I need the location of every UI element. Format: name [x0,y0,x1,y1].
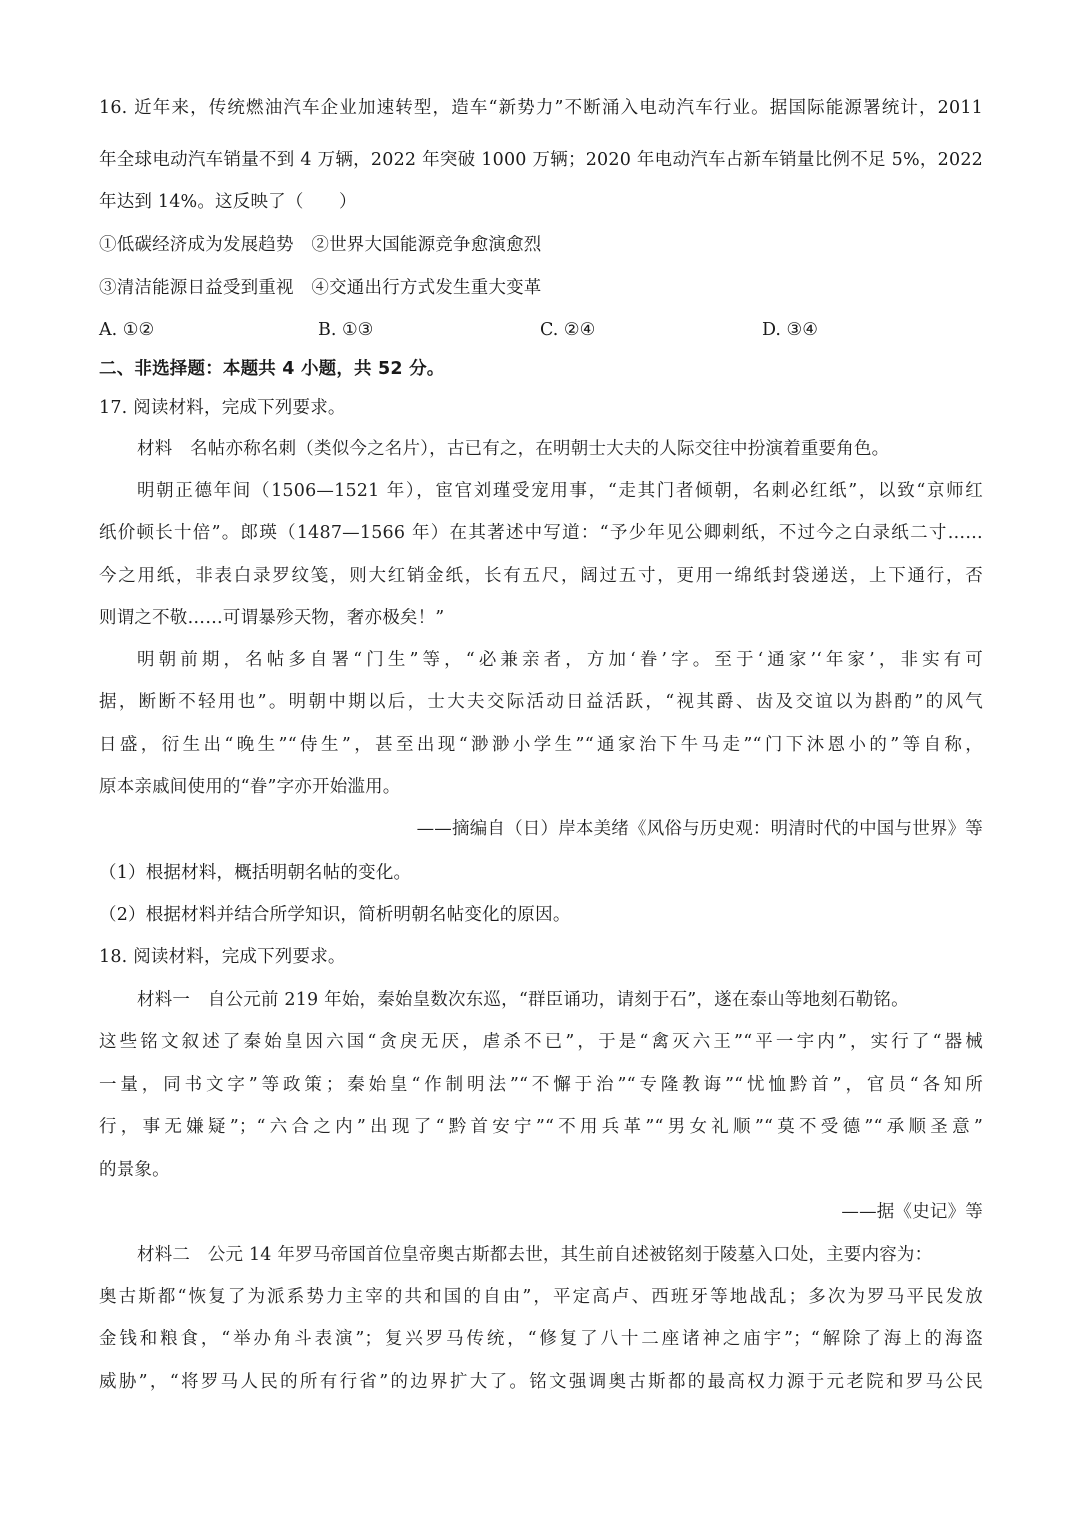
q18-material2-line-2: 奥古斯都“恢复了为派系势力主宰的共和国的自由”，平定高卢、西班牙等地战乱；多次为… [99,1285,983,1309]
q16-stem-line-2: 年全球电动汽车销量不到 4 万辆，2022 年突破 1000 万辆；2020 年… [99,148,983,172]
q17-material-line-7: 据，断断不轻用也”。明朝中期以后，士大夫交际活动日益活跃，“视其爵、齿及交谊以为… [99,690,983,714]
q17-material-line-6: 明朝前期，名帖多自署“门生”等，“必兼亲者，方加‘眷’字。至于‘通家’‘年家’，… [137,648,983,672]
q16-statements-1: ①低碳经济成为发展趋势 ②世界大国能源竞争愈演愈烈 [99,233,983,257]
q18-material1-line-2: 这些铭文叙述了秦始皇因六国“贪戾无厌，虐杀不已”，于是“禽灭六王”“平一宇内”，… [99,1030,983,1054]
q18-material1-line-1: 材料一 自公元前 219 年始，秦始皇数次东巡，“群臣诵功，请刻于石”，遂在泰山… [137,988,983,1012]
q18-material1-line-4: 行，事无嫌疑”；“六合之内”出现了“黔首安宁”“不用兵革”“男女礼顺”“莫不受德… [99,1115,983,1139]
q17-question-1: （1）根据材料，概括明朝名帖的变化。 [99,861,983,885]
q17-material-line-9: 原本亲戚间使用的“眷”字亦开始滥用。 [99,775,983,799]
q18-stem: 18. 阅读材料，完成下列要求。 [99,945,983,969]
q18-material1-line-3: 一量，同书文字”等政策；秦始皇“作制明法”“不懈于治”“专隆教诲”“忧恤黔首”，… [99,1073,983,1097]
q17-material-line-2: 明朝正德年间（1506—1521 年），宦官刘瑾受宠用事，“走其门者倾朝，名刺必… [137,479,983,503]
q16-stem-line-1: 16. 近年来，传统燃油汽车企业加速转型，造车“新势力”不断涌入电动汽车行业。据… [99,96,983,120]
q16-option-c: C. ②④ [540,318,595,342]
q17-material-line-5: 则谓之不敬……可谓暴殄天物，奢亦极矣！” [99,606,983,630]
q16-option-b: B. ①③ [318,318,373,342]
section-heading: 二、非选择题：本题共 4 小题，共 52 分。 [99,357,983,381]
q16-statements-2: ③清洁能源日益受到重视 ④交通出行方式发生重大变革 [99,276,983,300]
q17-material-line-1: 材料 名帖亦称名刺（类似今之名片），古已有之，在明朝士大夫的人际交往中扮演着重要… [137,437,983,461]
q18-material1-line-5: 的景象。 [99,1158,983,1182]
q17-material-line-3: 纸价顿长十倍”。郎瑛（1487—1566 年）在其著述中写道：“予少年见公卿刺纸… [99,521,983,545]
q17-question-2: （2）根据材料并结合所学知识，简析明朝名帖变化的原因。 [99,903,983,927]
q17-material-line-4: 今之用纸，非表白录罗纹笺，则大红销金纸，长有五尺，阔过五寸，更用一绵纸封袋递送，… [99,564,983,588]
q18-material2-line-1: 材料二 公元 14 年罗马帝国首位皇帝奥古斯都去世，其生前自述被铭刻于陵墓入口处… [137,1243,983,1267]
q17-material-line-8: 日盛，衍生出“晚生”“侍生”，甚至出现“渺渺小学生”“通家治下牛马走”“门下沐恩… [99,733,983,757]
q18-source1: ——据《史记》等 [99,1200,983,1224]
q16-option-a: A. ①② [99,318,154,342]
q17-source: ——摘编自（日）岸本美绪《风俗与历史观：明清时代的中国与世界》等 [99,817,983,841]
q17-stem: 17. 阅读材料，完成下列要求。 [99,396,983,420]
q16-option-d: D. ③④ [762,318,818,342]
exam-page: 16. 近年来，传统燃油汽车企业加速转型，造车“新势力”不断涌入电动汽车行业。据… [0,0,1080,1527]
q18-material2-line-3: 金钱和粮食，“举办角斗表演”；复兴罗马传统，“修复了八十二座诸神之庙宇”；“解除… [99,1327,983,1351]
q18-material2-line-4: 威胁”，“将罗马人民的所有行省”的边界扩大了。铭文强调奥古斯都的最高权力源于元老… [99,1370,983,1394]
q16-stem-line-3: 年达到 14%。这反映了（ ） [99,190,983,214]
